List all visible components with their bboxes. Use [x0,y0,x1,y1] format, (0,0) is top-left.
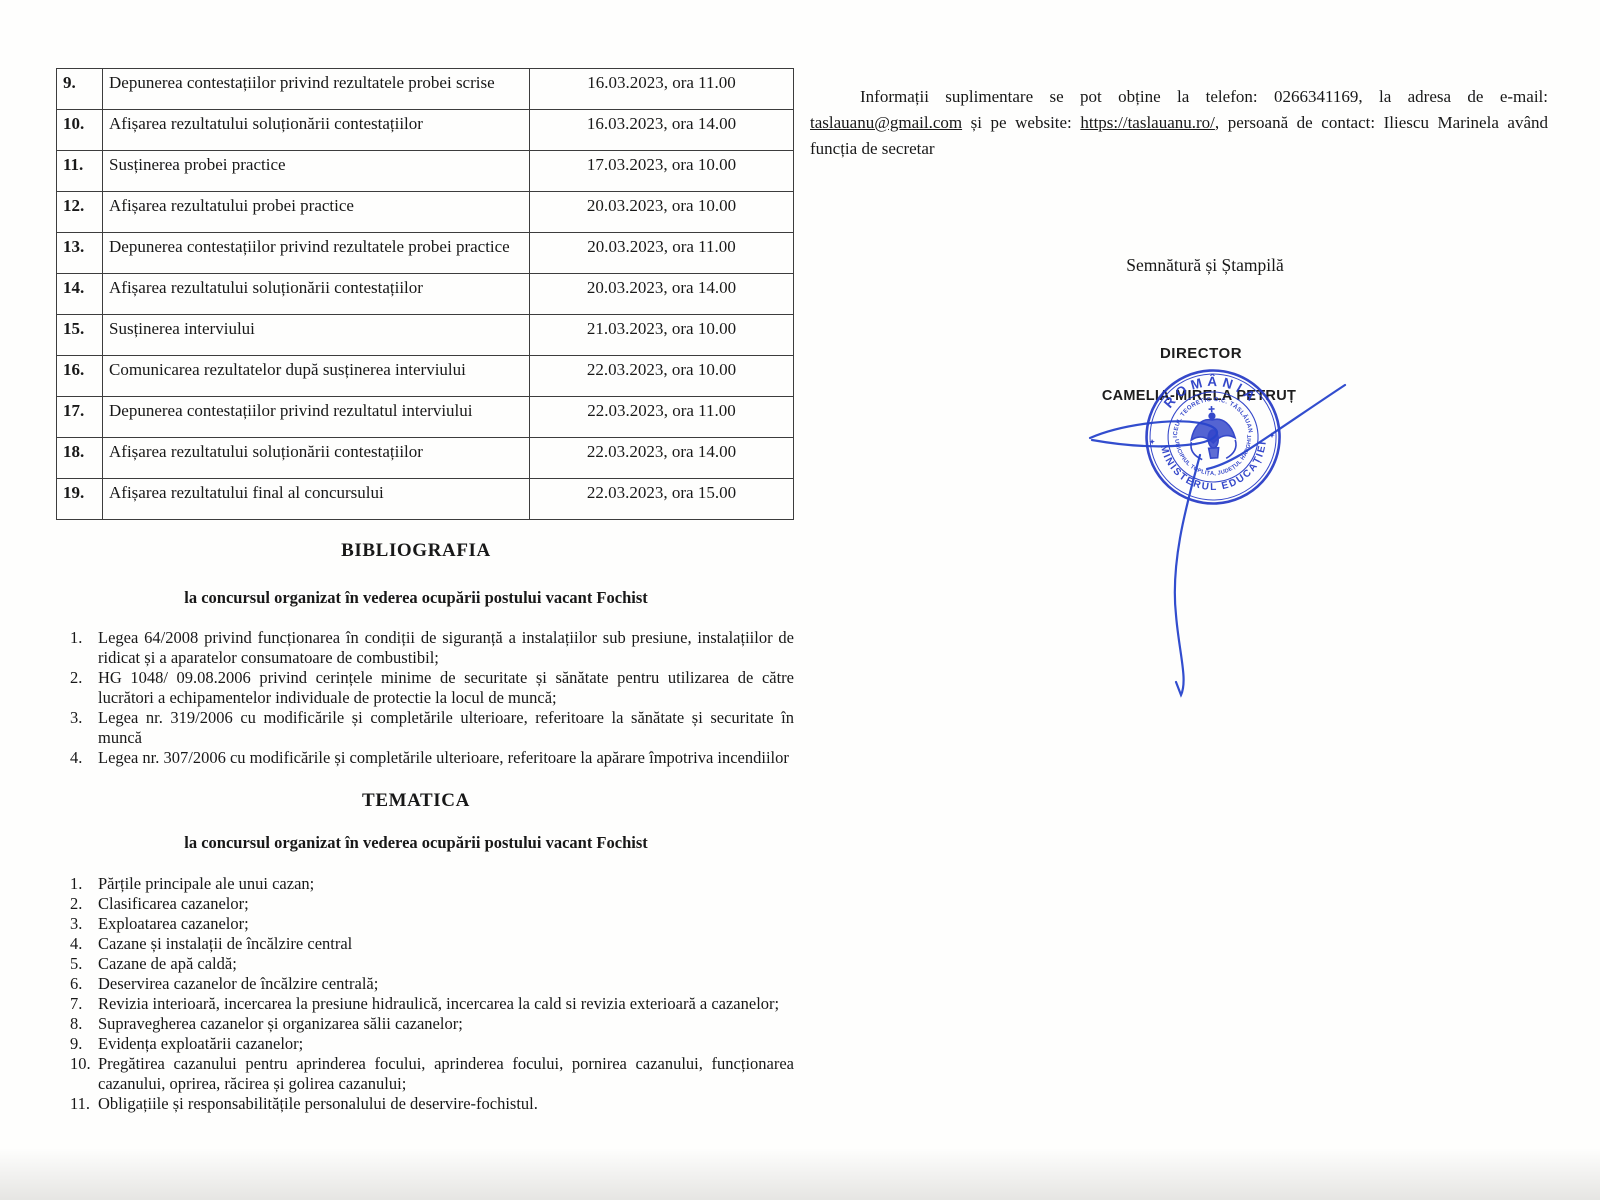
row-activity: Comunicarea rezultatelor după susținerea… [103,356,530,397]
row-date: 21.03.2023, ora 10.00 [530,315,794,356]
row-activity: Afișarea rezultatului soluționării conte… [103,110,530,151]
row-activity: Depunerea contestațiilor privind rezulta… [103,397,530,438]
item-number: 9. [70,1034,98,1054]
item-text: Legea nr. 307/2006 cu modificările și co… [98,748,794,768]
row-date: 22.03.2023, ora 15.00 [530,479,794,520]
contact-website-link[interactable]: https://taslauanu.ro/ [1080,113,1215,132]
table-row: 13. Depunerea contestațiilor privind rez… [57,233,794,274]
table-row: 16. Comunicarea rezultatelor după susțin… [57,356,794,397]
document-page: 9. Depunerea contestațiilor privind rezu… [0,0,1600,1200]
bibliografia-subtitle: la concursul organizat în vederea ocupăr… [60,588,772,608]
item-number: 2. [70,668,98,708]
item-number: 1. [70,628,98,668]
table-row: 19. Afișarea rezultatului final al concu… [57,479,794,520]
row-number: 13. [57,233,103,274]
table-row: 15. Susținerea interviului 21.03.2023, o… [57,315,794,356]
row-date: 16.03.2023, ora 11.00 [530,69,794,110]
list-item: 8.Supravegherea cazanelor și organizarea… [70,1014,794,1034]
row-number: 18. [57,438,103,479]
row-number: 19. [57,479,103,520]
schedule-table: 9. Depunerea contestațiilor privind rezu… [56,68,794,520]
row-activity: Depunerea contestațiilor privind rezulta… [103,233,530,274]
item-text: Clasificarea cazanelor; [98,894,794,914]
row-activity: Afișarea rezultatului probei practice [103,192,530,233]
bibliografia-title: BIBLIOGRAFIA [60,540,772,562]
row-date: 17.03.2023, ora 10.00 [530,151,794,192]
row-activity: Afișarea rezultatului soluționării conte… [103,274,530,315]
item-text: Deservirea cazanelor de încălzire centra… [98,974,794,994]
item-text: Părțile principale ale unui cazan; [98,874,794,894]
contact-text-2: și pe website: [962,113,1080,132]
row-activity: Depunerea contestațiilor privind rezulta… [103,69,530,110]
signature-stroke-loop [1090,421,1217,446]
table-row: 14. Afișarea rezultatului soluționării c… [57,274,794,315]
list-item: 4.Legea nr. 307/2006 cu modificările și … [70,748,794,768]
list-item: 3.Legea nr. 319/2006 cu modificările și … [70,708,794,748]
row-date: 22.03.2023, ora 14.00 [530,438,794,479]
row-number: 17. [57,397,103,438]
item-number: 7. [70,994,98,1014]
list-item: 2.Clasificarea cazanelor; [70,894,794,914]
item-text: Pregătirea cazanului pentru aprinderea f… [98,1054,794,1094]
item-number: 11. [70,1094,98,1114]
scan-artifact-band [0,1148,1600,1200]
row-activity: Afișarea rezultatului final al concursul… [103,479,530,520]
row-date: 22.03.2023, ora 10.00 [530,356,794,397]
list-item: 1.Legea 64/2008 privind funcționarea în … [70,628,794,668]
signature-label: Semnătură și Ștampilă [1055,255,1355,276]
row-number: 10. [57,110,103,151]
contact-text-1: Informații suplimentare se pot obține la… [860,87,1548,106]
bibliografia-list: 1.Legea 64/2008 privind funcționarea în … [70,628,794,768]
item-number: 4. [70,748,98,768]
list-item: 3.Exploatarea cazanelor; [70,914,794,934]
list-item: 2.HG 1048/ 09.08.2006 privind cerințele … [70,668,794,708]
contact-email-link[interactable]: taslauanu@gmail.com [810,113,962,132]
table-row: 17. Depunerea contestațiilor privind rez… [57,397,794,438]
list-item: 6.Deservirea cazanelor de încălzire cent… [70,974,794,994]
item-text: HG 1048/ 09.08.2006 privind cerințele mi… [98,668,794,708]
tematica-title: TEMATICA [60,790,772,812]
item-number: 3. [70,914,98,934]
item-text: Revizia interioară, incercarea la presiu… [98,994,794,1014]
row-number: 16. [57,356,103,397]
list-item: 10.Pregătirea cazanului pentru aprindere… [70,1054,794,1094]
list-item: 9.Evidența exploatării cazanelor; [70,1034,794,1054]
item-text: Supravegherea cazanelor și organizarea s… [98,1014,794,1034]
item-text: Legea nr. 319/2006 cu modificările și co… [98,708,794,748]
item-number: 4. [70,934,98,954]
table-row: 11. Susținerea probei practice 17.03.202… [57,151,794,192]
table-row: 12. Afișarea rezultatului probei practic… [57,192,794,233]
list-item: 4.Cazane și instalații de încălzire cent… [70,934,794,954]
row-activity: Susținerea interviului [103,315,530,356]
row-activity: Susținerea probei practice [103,151,530,192]
item-number: 5. [70,954,98,974]
row-number: 12. [57,192,103,233]
table-row: 9. Depunerea contestațiilor privind rezu… [57,69,794,110]
row-date: 20.03.2023, ora 11.00 [530,233,794,274]
item-text: Obligațiile și responsabilitățile person… [98,1094,794,1114]
signature-stroke-descender [1175,455,1200,695]
row-date: 16.03.2023, ora 14.00 [530,110,794,151]
item-text: Exploatarea cazanelor; [98,914,794,934]
item-number: 6. [70,974,98,994]
row-number: 9. [57,69,103,110]
item-text: Legea 64/2008 privind funcționarea în co… [98,628,794,668]
item-text: Evidența exploatării cazanelor; [98,1034,794,1054]
item-number: 1. [70,874,98,894]
tematica-subtitle: la concursul organizat în vederea ocupăr… [60,833,772,853]
item-number: 2. [70,894,98,914]
row-date: 22.03.2023, ora 11.00 [530,397,794,438]
row-number: 14. [57,274,103,315]
list-item: 1.Părțile principale ale unui cazan; [70,874,794,894]
item-number: 8. [70,1014,98,1034]
row-number: 15. [57,315,103,356]
row-date: 20.03.2023, ora 14.00 [530,274,794,315]
table-row: 10. Afișarea rezultatului soluționării c… [57,110,794,151]
row-number: 11. [57,151,103,192]
tematica-list: 1.Părțile principale ale unui cazan; 2.C… [70,874,794,1114]
row-activity: Afișarea rezultatului soluționării conte… [103,438,530,479]
item-number: 10. [70,1054,98,1094]
signature-stroke-diagonal [1207,385,1345,469]
contact-paragraph: Informații suplimentare se pot obține la… [810,84,1548,162]
handwritten-signature [1040,330,1360,720]
item-number: 3. [70,708,98,748]
item-text: Cazane și instalații de încălzire centra… [98,934,794,954]
item-text: Cazane de apă caldă; [98,954,794,974]
list-item: 5.Cazane de apă caldă; [70,954,794,974]
table-row: 18. Afișarea rezultatului soluționării c… [57,438,794,479]
list-item: 7.Revizia interioară, incercarea la pres… [70,994,794,1014]
row-date: 20.03.2023, ora 10.00 [530,192,794,233]
list-item: 11.Obligațiile și responsabilitățile per… [70,1094,794,1114]
